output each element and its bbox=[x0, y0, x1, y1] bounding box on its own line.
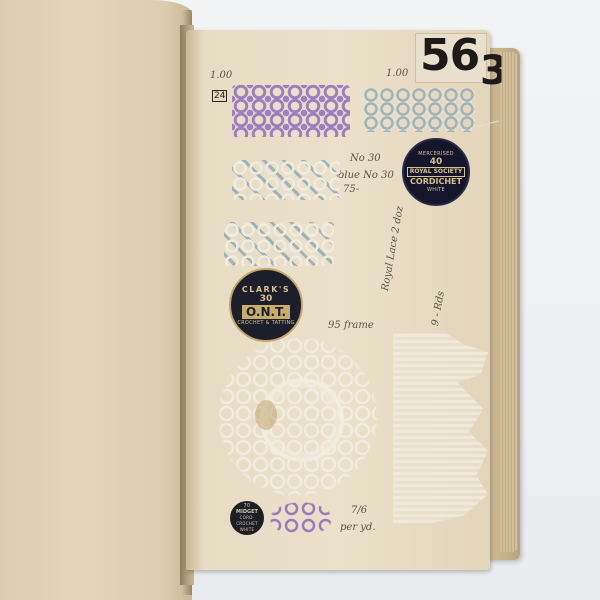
label-type: CORDICHET bbox=[410, 177, 462, 187]
price-75-note: 75- bbox=[343, 184, 359, 195]
page-stack-edge bbox=[500, 52, 518, 552]
label-bottom-text: WHITE bbox=[240, 527, 255, 533]
label-number: 40 bbox=[430, 157, 443, 167]
page-number: 56 bbox=[420, 30, 479, 81]
lavender-tatting-strip bbox=[232, 85, 350, 137]
blue-no30-note: blue No 30 bbox=[338, 170, 394, 181]
label-name: O.N.T. bbox=[242, 305, 290, 319]
purple-tatted-motif bbox=[266, 500, 336, 538]
price-note-left: 1.00 bbox=[210, 70, 232, 81]
label-name: ROYAL SOCIETY bbox=[407, 167, 465, 177]
label-sub: CORD-CROCHET bbox=[230, 515, 264, 527]
white-blue-zigzag-strip-2 bbox=[224, 222, 334, 266]
doily-stain bbox=[255, 400, 277, 430]
sample-number-stamp: 24 bbox=[212, 90, 227, 102]
midget-cord-crochet-label: 70 MIDGET CORD-CROCHET WHITE bbox=[230, 501, 264, 535]
no30-note: No 30 bbox=[350, 153, 381, 164]
clarks-ont-label: CLARK'S 30 O.N.T. CROCHET & TATTING bbox=[229, 268, 303, 342]
label-number: 30 bbox=[260, 294, 273, 304]
label-brand: CLARK'S bbox=[242, 285, 290, 294]
royal-society-cordichet-label: MERCERISED 40 ROYAL SOCIETY CORDICHET WH… bbox=[402, 138, 470, 206]
blue-tatting-strip bbox=[363, 88, 475, 132]
price-note-right: 1.00 bbox=[386, 68, 408, 79]
white-blue-zigzag-strip-1 bbox=[232, 160, 340, 200]
label-bottom-text: WHITE bbox=[427, 187, 445, 193]
label-sub: CROCHET & TATTING bbox=[237, 320, 294, 326]
left-page bbox=[0, 0, 192, 600]
bottom-price-note: 7/6 bbox=[351, 505, 367, 516]
per-yard-note: per yd. bbox=[340, 522, 376, 533]
price-95-note: 95 frame bbox=[328, 320, 374, 331]
